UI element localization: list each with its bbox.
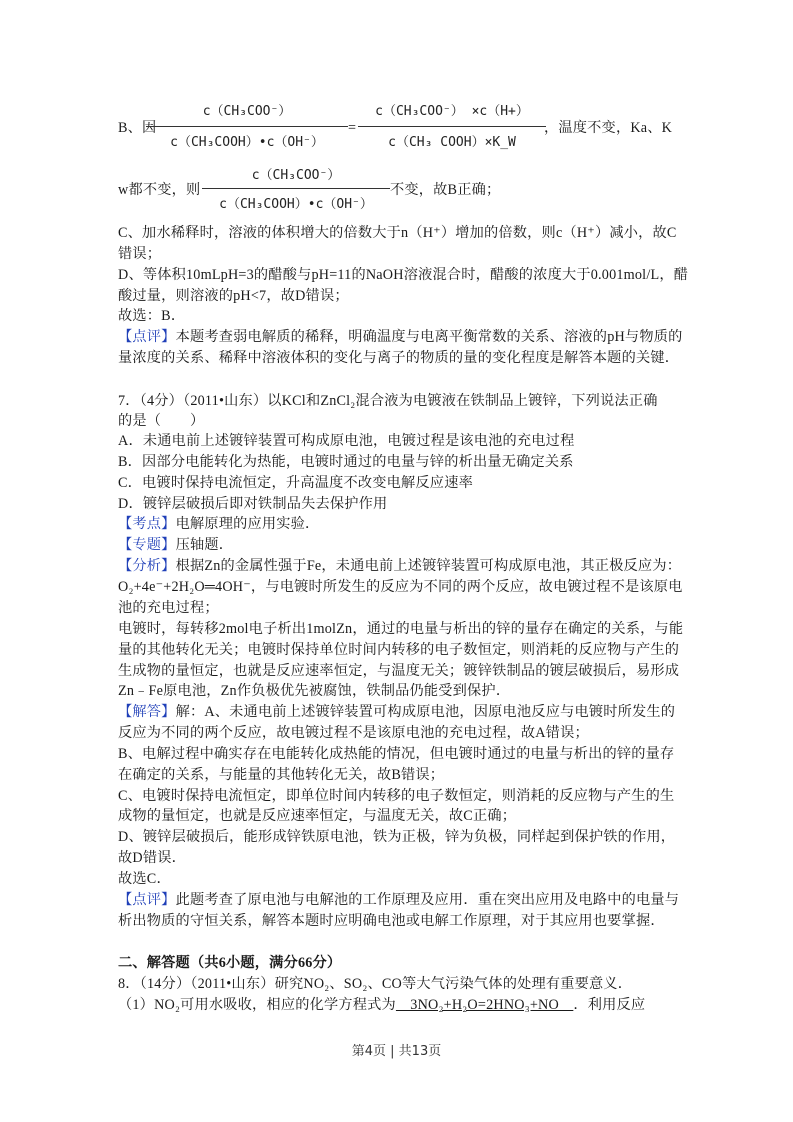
q6-d-line2: 酸过量，则溶液的pH<7，故D错误； [118,286,349,306]
fenxi-text: 根据Zn的金属性强于Fe，未通电前上述镀锌装置可构成原电池，其正极反应为： [176,558,682,574]
fraction-1: c（CH₃COO⁻） c（CH₃COOH）•c（OH⁻） [146,100,348,156]
fenxi-line: 生成物的量恒定，也就是反应速率恒定，与温度无关；镀锌铁制品的镀层破损后，易形成 [118,661,679,681]
jieda-text: 解：A、未通电前上述镀锌装置可构成原电池，因原电池反应与电镀时所发生的 [176,704,676,720]
jieda-line: 反应为不同的两个反应，故电镀过程不是该原电池的充电过程，故A错误； [118,723,589,743]
q6-comment: 【点评】本题考查弱电解质的稀释，明确温度与电离平衡常数的关系、溶液的pH与物质的 [118,327,682,347]
fenxi-line: 池的充电过程； [118,598,219,618]
q7-option-b: B．因部分电能转化为热能，电镀时通过的电量与锌的析出量无确定关系 [118,452,574,472]
fraction-2-denominator: c（CH₃ COOH）×K_W [358,131,546,150]
fraction-bar [146,126,348,127]
fraction-3-denominator: c（CH₃COOH）•c（OH⁻） [202,193,390,212]
q7-stem-line2: 的是（ ） [118,411,204,431]
q7-stem-line1: 7．（4分）（2011•山东）以KCl和ZnCl₂混合液为电镀液在铁制品上镀锌，… [118,391,658,411]
page-footer: 第4页 | 共13页 [0,1040,793,1059]
q6-comment-line2: 量浓度的关系、稀释中溶液体积的变化与离子的物质的量的变化程度是解答本题的关键． [118,348,679,368]
jieda-line: 故D错误． [118,848,186,868]
fenxi-line: Zn﹣Fe原电池，Zn作负极优先被腐蚀，铁制品仍能受到保护． [118,681,510,701]
q6-c-line2: 错误； [118,244,161,264]
q6-c-line1: C、加水稀释时，溶液的体积增大的倍数大于n（H⁺）增加的倍数，则c（H⁺）减小，… [118,223,677,243]
jieda-line: 在确定的关系，与能量的其他转化无关，故B错误； [118,765,444,785]
jieda-tag: 【解答】 [118,704,176,720]
q7-option-a: A．未通电前上述镀锌装置可构成原电池，电镀过程是该电池的充电过程 [118,431,574,451]
dianping-text: 此题考查了原电池与电解池的工作原理及应用．重在突出应用及电路中的电量与 [176,892,680,908]
jieda-line: C、电镀时保持电流恒定，即单位时间内转移的电子数恒定，则消耗的反应物与产生的生 [118,786,674,806]
q7-zhuanti: 【专题】压轴题． [118,535,233,555]
jieda-line: B、电解过程中确实存在电能转化成热能的情况，但电镀时通过的电量与析出的锌的量存 [118,744,674,764]
q6-line2-prefix: w都不变，则 [118,180,200,200]
comment-tag: 【点评】 [118,329,176,345]
fraction-1-numerator: c（CH₃COO⁻） [146,100,348,119]
q8-part1-answer: 3NO₂+H₂O=2HNO₃+NO [396,997,573,1013]
q7-dianping: 【点评】此题考查了原电池与电解池的工作原理及应用．重在突出应用及电路中的电量与 [118,890,679,910]
q8-stem: 8．（14分）（2011•山东）研究NO₂、SO₂、CO等大气污染气体的处理有重… [118,974,632,994]
q7-kaodian: 【考点】电解原理的应用实验． [118,514,319,534]
zhuanti-text: 压轴题． [176,537,234,553]
fraction-1-denominator: c（CH₃COOH）•c（OH⁻） [146,131,348,150]
fraction-3: c（CH₃COO⁻） c（CH₃COOH）•c（OH⁻） [202,164,390,220]
zhuanti-tag: 【专题】 [118,537,176,553]
fraction-bar [202,188,390,189]
kaodian-text: 电解原理的应用实验． [176,516,320,532]
fraction-2-numerator: c（CH₃COO⁻） ×c（H+） [358,100,546,119]
fenxi-tag: 【分析】 [118,558,176,574]
q7-option-c: C．电镀时保持电流恒定，升高温度不改变电解反应速率 [118,473,473,493]
fraction-3-numerator: c（CH₃COO⁻） [202,164,390,183]
dianping-tag: 【点评】 [118,892,176,908]
jieda-answer: 故选C． [118,869,171,889]
q8-part1-prefix: （1）NO₂可用水吸收，相应的化学方程式为 [118,997,396,1013]
q8-part1-suffix: ．利用反应 [573,997,645,1013]
fraction-bar [358,126,546,127]
q6-b-suffix: ，温度不变，Ka、K [544,118,672,138]
jieda-line: D、镀锌层破损后，能形成锌铁原电池，铁为正极，锌为负极，同样起到保护铁的作用， [118,827,675,847]
fenxi-line: 电镀时，每转移2mol电子析出1molZn，通过的电量与析出的锌的量存在确定的关… [118,619,683,639]
q7-fenxi: 【分析】根据Zn的金属性强于Fe，未通电前上述镀锌装置可构成原电池，其正极反应为… [118,556,681,576]
fenxi-line: 量的其他转化无关；电镀时保持单位时间内转移的电子数恒定，则消耗的反应物与产生的 [118,640,679,660]
jieda-line: 成物的量恒定，也就是反应速率恒定，与温度无关，故C正确； [118,806,516,826]
q7-option-d: D．镀锌层破损后即对铁制品失去保护作用 [118,494,387,514]
q6-answer: 故选：B． [118,306,185,326]
fraction-2: c（CH₃COO⁻） ×c（H+） c（CH₃ COOH）×K_W [358,100,546,156]
q6-line2-suffix: 不变，故B正确； [390,180,500,200]
equals-sign: = [348,118,356,138]
q8-part1: （1）NO₂可用水吸收，相应的化学方程式为 3NO₂+H₂O=2HNO₃+NO … [118,995,645,1015]
q6-d-line1: D、等体积10mLpH=3的醋酸与pH=11的NaOH溶液混合时，醋酸的浓度大于… [118,265,688,285]
kaodian-tag: 【考点】 [118,516,176,532]
comment-text: 本题考查弱电解质的稀释，明确温度与电离平衡常数的关系、溶液的pH与物质的 [176,329,683,345]
q7-jieda: 【解答】解：A、未通电前上述镀锌装置可构成原电池，因原电池反应与电镀时所发生的 [118,702,675,722]
section-heading: 二、解答题（共6小题，满分66分） [118,953,341,973]
dianping-line2: 析出物质的守恒关系，解答本题时应明确电池或电解工作原理，对于其应用也要掌握． [118,911,665,931]
fenxi-line: O₂+4e⁻+2H₂O═4OH⁻，与电镀时所发生的反应为不同的两个反应，故电镀过… [118,577,683,597]
